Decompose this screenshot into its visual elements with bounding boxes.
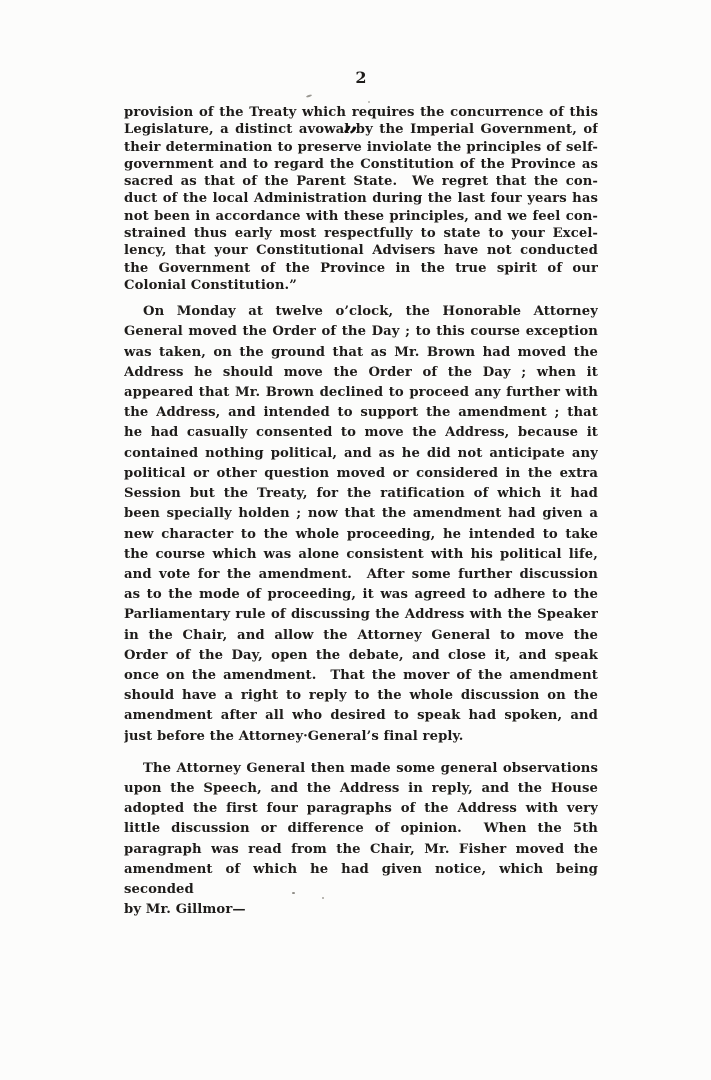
text-line: The Attorney General then made some gene… xyxy=(124,759,598,779)
text-line: the course which was alone consistent wi… xyxy=(124,545,598,565)
ink-speck xyxy=(368,101,370,103)
ink-speck xyxy=(292,892,295,894)
ink-speck xyxy=(469,846,471,848)
text-line: as to the mode of proceeding, it was agr… xyxy=(124,585,598,605)
text-line: not been in accordance with these princi… xyxy=(124,208,598,225)
page-number: 2 xyxy=(124,68,598,87)
text-line: Order of the Day, open the debate, and c… xyxy=(124,646,598,666)
text-line: was taken, on the ground that as Mr. Bro… xyxy=(124,343,598,363)
text-line: once on the amendment. That the mover of… xyxy=(124,666,598,686)
text-line: and vote for the amendment. After some f… xyxy=(124,565,598,585)
text-line: Colonial Constitution.” xyxy=(124,277,598,294)
text-line: should have a right to reply to the whol… xyxy=(124,686,598,706)
text-line: just before the Attorney·General’s final… xyxy=(124,727,598,747)
text-line: little discussion or difference of opini… xyxy=(124,819,598,839)
text-line: provision of the Treaty which requires t… xyxy=(124,104,598,121)
text-line: Session but the Treaty, for the ratifica… xyxy=(124,484,598,504)
text-line: their determination to preserve inviolat… xyxy=(124,139,598,156)
text-column: provision of the Treaty which requires t… xyxy=(124,104,598,920)
text-line: the Government of the Province in the tr… xyxy=(124,260,598,277)
paragraph-2: On Monday at twelve o’clock, the Honorab… xyxy=(124,302,598,746)
paragraph-3: The Attorney General then made some gene… xyxy=(124,759,598,921)
text-line: by Mr. Gillmor— xyxy=(124,900,598,920)
text-line: paragraph was read from the Chair, Mr. F… xyxy=(124,840,598,860)
scanned-book-page: 2 provision of the Treaty which requires… xyxy=(0,0,711,1080)
text-line: upon the Speech, and the Address in repl… xyxy=(124,779,598,799)
text-line: government and to regard the Constitutio… xyxy=(124,156,598,173)
text-line: General moved the Order of the Day ; to … xyxy=(124,322,598,342)
text-line: amendment of which he had given notice, … xyxy=(124,860,598,900)
text-line: the Address, and intended to support the… xyxy=(124,403,598,423)
text-line: new character to the whole proceeding, h… xyxy=(124,525,598,545)
text-line: Address he should move the Order of the … xyxy=(124,363,598,383)
text-line: adopted the first four paragraphs of the… xyxy=(124,799,598,819)
text-line: amendment after all who desired to speak… xyxy=(124,706,598,726)
text-line: lency, that your Constitutional Advisers… xyxy=(124,242,598,259)
text-line: political or other question moved or con… xyxy=(124,464,598,484)
text-line: duct of the local Administration during … xyxy=(124,190,598,207)
text-line: sacred as that of the Parent State. We r… xyxy=(124,173,598,190)
text-line: he had casually consented to move the Ad… xyxy=(124,423,598,443)
text-line: contained nothing political, and as he d… xyxy=(124,444,598,464)
text-line: On Monday at twelve o’clock, the Honorab… xyxy=(124,302,598,322)
ink-speck xyxy=(322,897,324,899)
text-line: been specially holden ; now that the ame… xyxy=(124,504,598,524)
text-line: Parliamentary rule of discussing the Add… xyxy=(124,605,598,625)
text-line: in the Chair, and allow the Attorney Gen… xyxy=(124,626,598,646)
paragraph-1: provision of the Treaty which requires t… xyxy=(124,104,598,294)
ink-speck xyxy=(306,94,312,98)
text-line: strained thus early most respectfully to… xyxy=(124,225,598,242)
text-line: appeared that Mr. Brown declined to proc… xyxy=(124,383,598,403)
text-line: Legislature, a distinct avowal by the Im… xyxy=(124,121,598,138)
